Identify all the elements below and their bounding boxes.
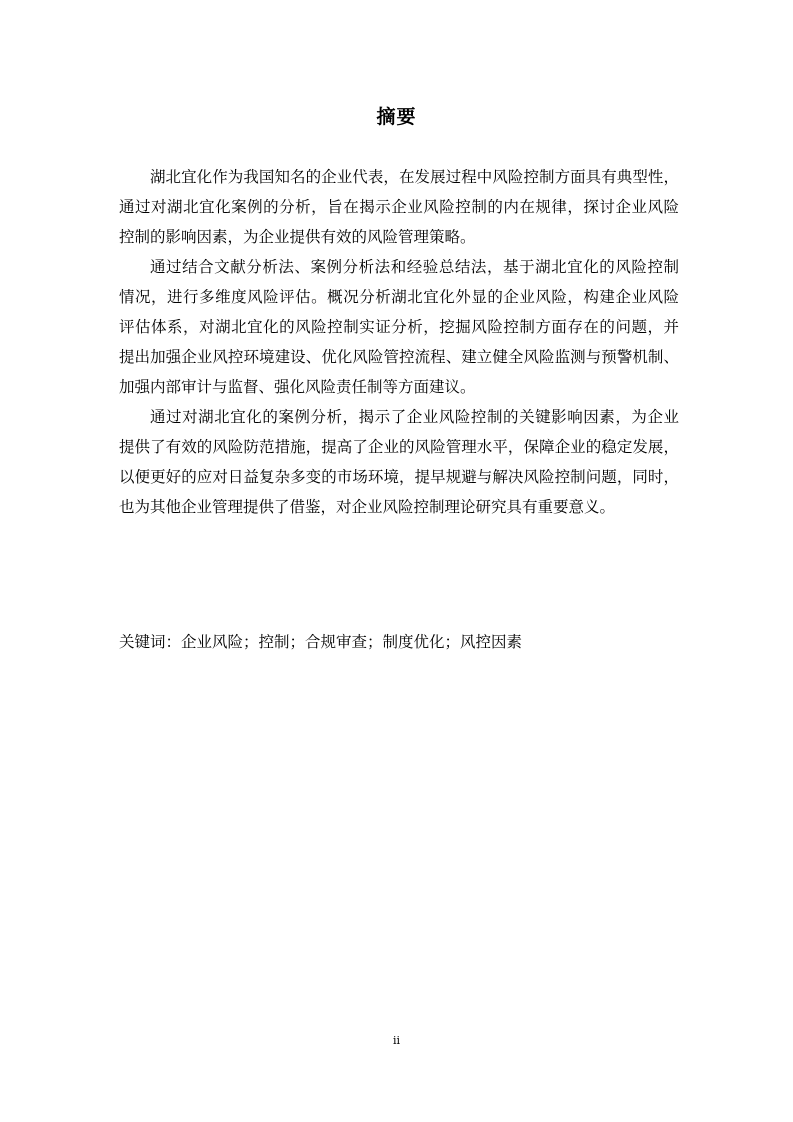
page-number: ii <box>0 1034 793 1048</box>
text-line: 加强内部审计与监督、强化风险责任制等方面建议。 <box>119 372 679 402</box>
text-line: 湖北宜化作为我国知名的企业代表，在发展过程中风险控制方面具有典型性， <box>119 162 679 192</box>
text-line: 通过结合文献分析法、案例分析法和经验总结法，基于湖北宜化的风险控制 <box>119 252 679 282</box>
text-line: 以便更好的应对日益复杂多变的市场环境，提早规避与解决风险控制问题，同时， <box>119 462 679 492</box>
text-line: 提供了有效的风险防范措施，提高了企业的风险管理水平，保障企业的稳定发展， <box>119 432 679 462</box>
text-line: 控制的影响因素，为企业提供有效的风险管理策略。 <box>119 222 679 252</box>
text-line: 评估体系，对湖北宜化的风险控制实证分析，挖掘风险控制方面存在的问题，并 <box>119 312 679 342</box>
document-page: 摘要 湖北宜化作为我国知名的企业代表，在发展过程中风险控制方面具有典型性， 通过… <box>0 0 793 1122</box>
text-line: 通过对湖北宜化的案例分析，揭示了企业风险控制的关键影响因素，为企业 <box>119 402 679 432</box>
paragraph-1: 湖北宜化作为我国知名的企业代表，在发展过程中风险控制方面具有典型性， 通过对湖北… <box>119 162 679 252</box>
text-line: 情况，进行多维度风险评估。概况分析湖北宜化外显的企业风险，构建企业风险 <box>119 282 679 312</box>
keywords-list: 企业风险；控制；合规审查；制度优化；风控因素 <box>181 633 522 651</box>
text-line: 提出加强企业风控环境建设、优化风险管控流程、建立健全风险监测与预警机制、 <box>119 342 679 372</box>
paragraph-3: 通过对湖北宜化的案例分析，揭示了企业风险控制的关键影响因素，为企业 提供了有效的… <box>119 402 679 522</box>
abstract-title: 摘要 <box>0 104 793 130</box>
text-line: 通过对湖北宜化案例的分析，旨在揭示企业风险控制的内在规律，探讨企业风险 <box>119 192 679 222</box>
keywords-label: 关键词： <box>119 633 181 651</box>
keywords-line: 关键词：企业风险；控制；合规审查；制度优化；风控因素 <box>119 627 522 657</box>
paragraph-2: 通过结合文献分析法、案例分析法和经验总结法，基于湖北宜化的风险控制 情况，进行多… <box>119 252 679 402</box>
text-line: 也为其他企业管理提供了借鉴，对企业风险控制理论研究具有重要意义。 <box>119 492 679 522</box>
abstract-body: 湖北宜化作为我国知名的企业代表，在发展过程中风险控制方面具有典型性， 通过对湖北… <box>119 162 679 522</box>
